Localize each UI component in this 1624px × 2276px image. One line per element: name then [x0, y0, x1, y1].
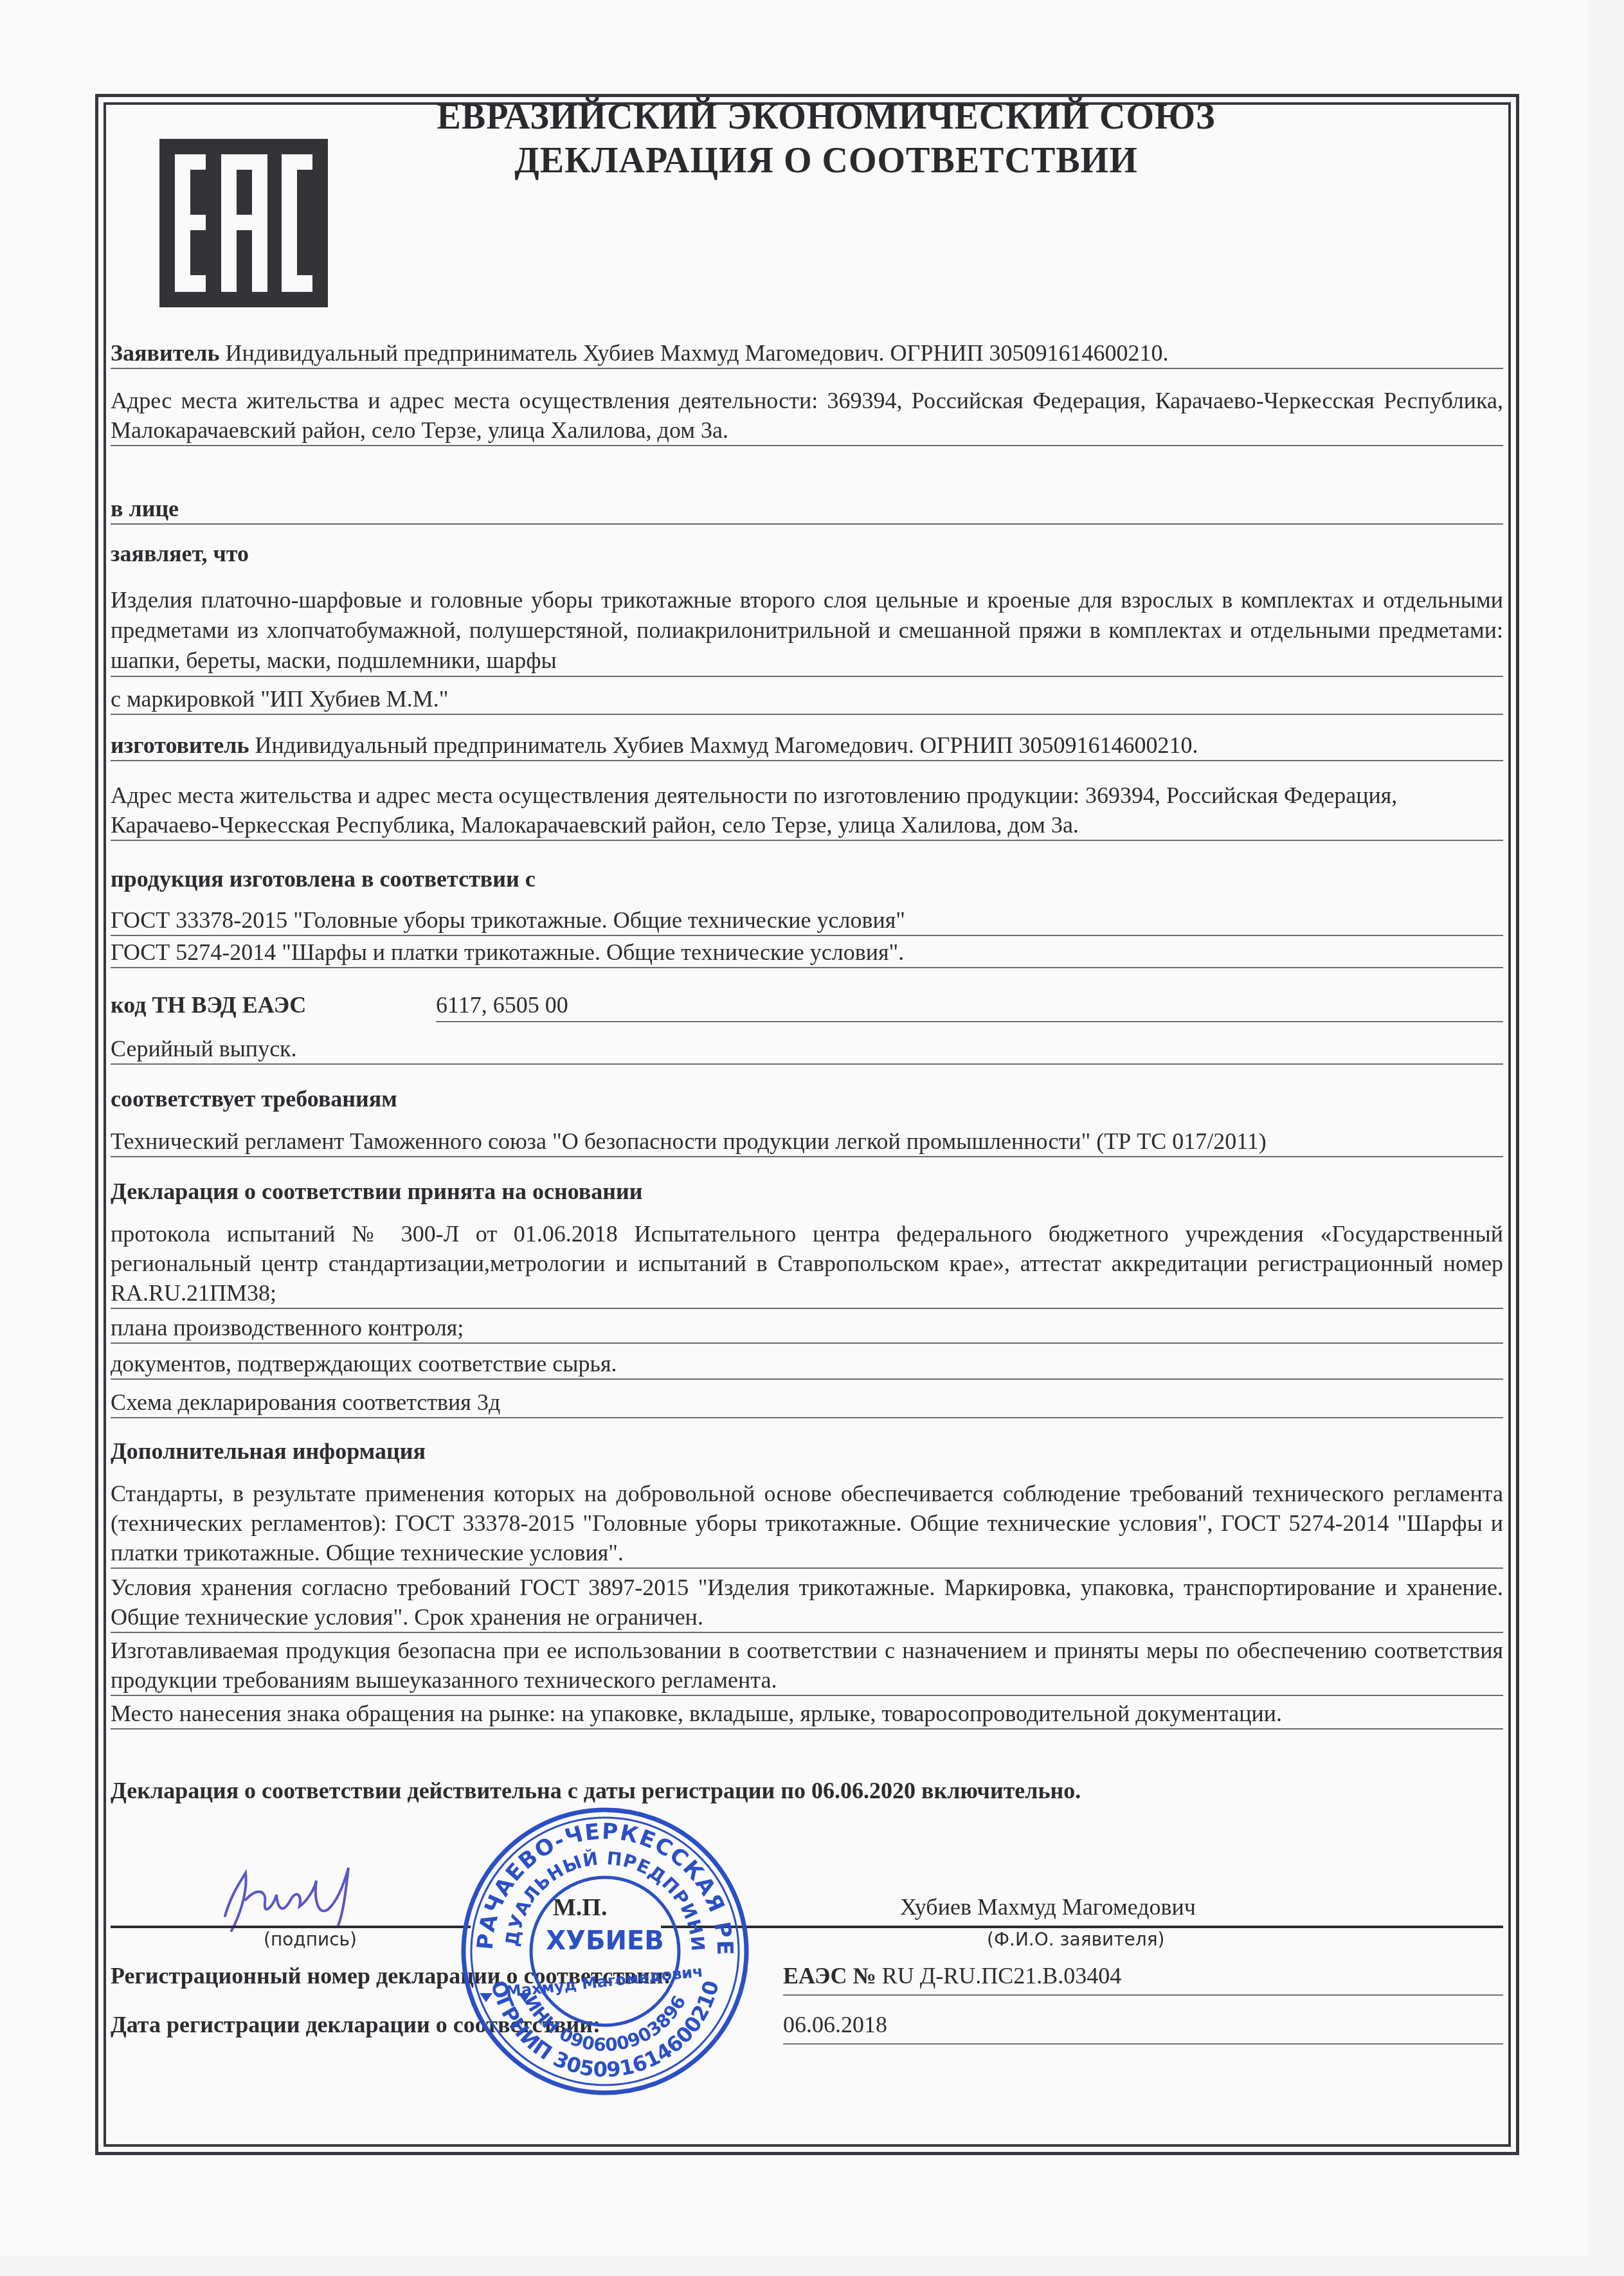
company-seal-stamp: РОССИЯ КАРАЧАЕВО-ЧЕРКЕССКАЯ РЕСПУБЛИКА И… [454, 1800, 756, 2102]
standard-item-1: ГОСТ 33378-2015 "Головные уборы трикотаж… [111, 905, 1503, 936]
registration-number-rule [783, 1994, 1503, 1996]
safety-statement: Изготавливаемая продукция безопасна при … [111, 1636, 1503, 1696]
signature-line [111, 1926, 471, 1928]
additional-standards: Стандарты, в результате применения котор… [111, 1479, 1503, 1569]
basis-plan: плана производственного контроля; [111, 1313, 1503, 1344]
registration-date-value: 06.06.2018 [783, 2011, 887, 2038]
product-marking: с маркировкой "ИП Хубиев М.М." [111, 684, 1503, 715]
serial-release: Серийный выпуск. [111, 1034, 1503, 1065]
validity-statement: Декларация о соответствии действительна … [111, 1776, 1503, 1805]
name-caption: (Ф.И.О. заявителя) [987, 1929, 1164, 1950]
manufacturer-value: Индивидуальный предприниматель Хубиев Ма… [249, 732, 1198, 758]
marking-place: Место нанесения знака обращения на рынке… [111, 1699, 1503, 1730]
registration-number-prefix: ЕАЭС № [783, 1963, 882, 1989]
standard-item-2: ГОСТ 5274-2014 "Шарфы и платки трикотажн… [111, 937, 1503, 968]
produced-per-label: продукция изготовлена в соответствии с [111, 864, 1503, 894]
basis-label: Декларация о соответствии принята на осн… [111, 1177, 1503, 1206]
complies-label: соответствует требованиям [111, 1084, 1503, 1114]
stamp-center-name: ХУБИЕВ [546, 1926, 663, 1956]
title-union: ЕВРАЗИЙСКИЙ ЭКОНОМИЧЕСКИЙ СОЮЗ [270, 96, 1382, 138]
in-person-label: в лице [111, 494, 1503, 525]
basis-protocol: протокола испытаний № 300-Л от 01.06.201… [111, 1219, 1503, 1309]
declares-label: заявляет, что [111, 539, 1503, 568]
declaration-scheme: Схема декларирования соответствия 3д [111, 1387, 1503, 1418]
registration-date-rule [783, 2043, 1503, 2045]
applicant-name: Хубиев Махмуд Магомедович [900, 1893, 1196, 1920]
tn-ved-value: 6117, 6505 00 [436, 990, 568, 1020]
applicant-row: Заявитель Индивидуальный предприниматель… [111, 338, 1503, 369]
registration-number-code: RU Д-RU.ПС21.В.03404 [882, 1963, 1122, 1989]
product-description: Изделия платочно-шарфовые и головные убо… [111, 585, 1503, 677]
name-line [661, 1926, 1503, 1928]
applicant-address: Адрес места жительства и адрес места осу… [111, 386, 1503, 446]
basis-documents: документов, подтверждающих соответствие … [111, 1349, 1503, 1380]
manufacturer-address: Адрес места жительства и адрес места осу… [111, 781, 1503, 841]
registration-number-value: ЕАЭС № RU Д-RU.ПС21.В.03404 [783, 1962, 1121, 1989]
tn-ved-rule [436, 1021, 1503, 1022]
applicant-label: Заявитель [111, 340, 220, 366]
manufacturer-row: изготовитель Индивидуальный предпринимат… [111, 730, 1503, 761]
title-declaration: ДЕКЛАРАЦИЯ О СООТВЕТСТВИИ [270, 140, 1382, 181]
storage-conditions: Условия хранения согласно требований ГОС… [111, 1573, 1503, 1633]
applicant-value: Индивидуальный предприниматель Хубиев Ма… [220, 340, 1169, 366]
tn-ved-row: код ТН ВЭД ЕАЭС 6117, 6505 00 [111, 990, 1503, 1022]
manufacturer-label: изготовитель [111, 732, 249, 758]
tn-ved-label: код ТН ВЭД ЕАЭС [111, 990, 306, 1020]
additional-label: Дополнительная информация [111, 1436, 1503, 1466]
technical-regulation: Технический регламент Таможенного союза … [111, 1126, 1503, 1157]
signature-caption: (подпись) [264, 1929, 357, 1950]
